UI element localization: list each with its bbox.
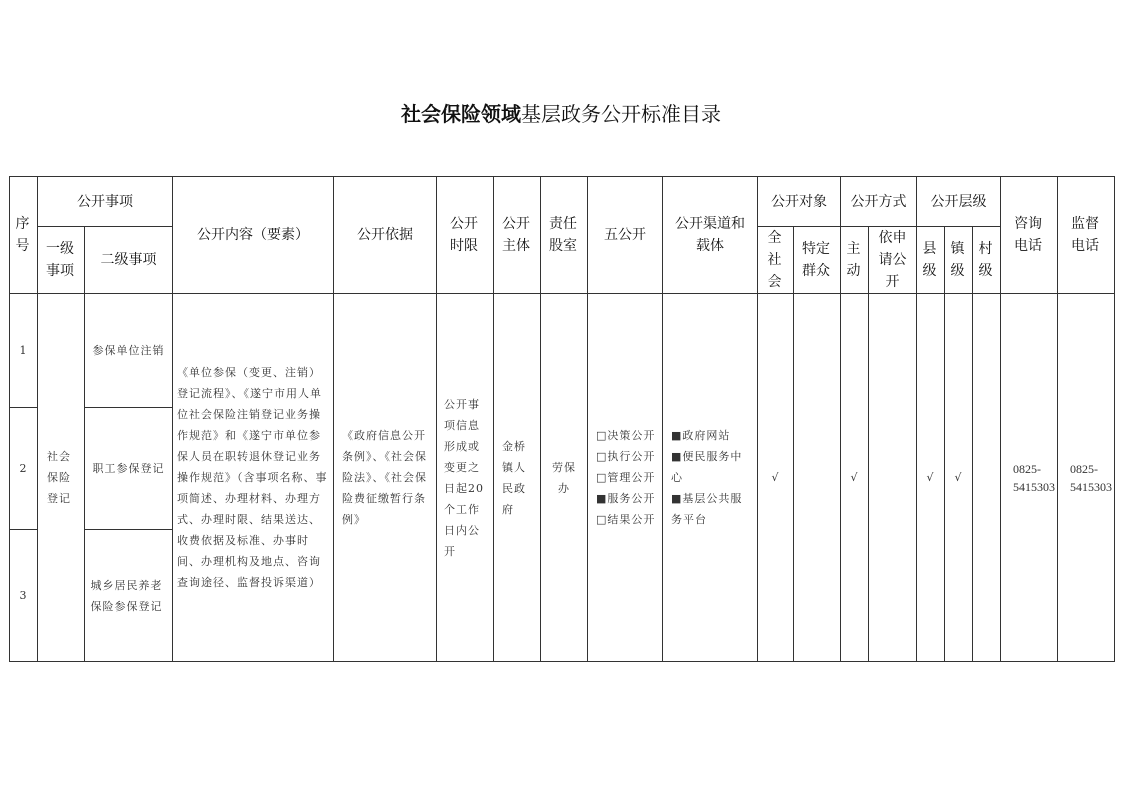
- standard-catalog-table: 序号 公开事项 公开内容（要素） 公开依据 公开时限 公开主体 责任股室 五公开…: [9, 176, 1115, 662]
- supervise-phone: 0825-5415303: [1058, 294, 1115, 662]
- checkbox-checked-icon: ■: [671, 429, 682, 442]
- target-specific-value: [794, 294, 841, 662]
- checkbox-checked-icon: ■: [596, 492, 607, 505]
- row-seq: 3: [10, 530, 38, 662]
- five-open-item: □决策公开: [596, 425, 658, 446]
- five-open-list: □决策公开 □执行公开 □管理公开 ■服务公开 □结果公开: [588, 294, 663, 662]
- department: 劳保办: [541, 294, 588, 662]
- level-village-value: [973, 294, 1001, 662]
- table-row: 1 社会保险登记 参保单位注销 《单位参保（变更、注销）登记流程》、《遂宁市用人…: [10, 294, 1115, 408]
- header-target-group: 公开对象: [758, 177, 841, 227]
- header-supervise-phone: 监督电话: [1058, 177, 1115, 294]
- header-level-group: 公开层级: [917, 177, 1001, 227]
- consult-phone: 0825-5415303: [1001, 294, 1058, 662]
- five-open-item: □结果公开: [596, 509, 658, 530]
- checkbox-unchecked-icon: □: [596, 450, 607, 463]
- checkbox-unchecked-icon: □: [596, 429, 607, 442]
- header-department: 责任股室: [541, 177, 588, 294]
- header-consult-phone: 咨询电话: [1001, 177, 1058, 294]
- channel-item: ■政府网站: [671, 425, 753, 446]
- header-level2: 二级事项: [85, 227, 173, 294]
- page-title: 社会保险领域基层政务公开标准目录: [0, 98, 1122, 127]
- basis: 《政府信息公开条例》、《社会保险法》、《社会保险费征缴暂行条例》: [334, 294, 437, 662]
- channel-item: ■便民服务中心: [671, 446, 753, 488]
- checkbox-checked-icon: ■: [671, 450, 682, 463]
- header-level-town: 镇级: [945, 227, 973, 294]
- header-method-active: 主动: [841, 227, 869, 294]
- header-method-group: 公开方式: [841, 177, 917, 227]
- checkbox-checked-icon: ■: [671, 492, 682, 505]
- five-open-item: □管理公开: [596, 467, 658, 488]
- header-method-apply: 依申请公开: [869, 227, 917, 294]
- checkbox-unchecked-icon: □: [596, 471, 607, 484]
- five-open-item: ■服务公开: [596, 488, 658, 509]
- header-target-all: 全社会: [758, 227, 794, 294]
- checkbox-unchecked-icon: □: [596, 513, 607, 526]
- time-limit: 公开事项信息形成或变更之日起20个工作日内公开: [437, 294, 494, 662]
- level1-item: 社会保险登记: [38, 294, 85, 662]
- five-open-item: □执行公开: [596, 446, 658, 467]
- header-items-group: 公开事项: [38, 177, 173, 227]
- method-apply-value: [869, 294, 917, 662]
- level2-item: 参保单位注销: [85, 294, 173, 408]
- header-basis: 公开依据: [334, 177, 437, 294]
- subject: 金桥镇人民政府: [494, 294, 541, 662]
- title-rest: 基层政务公开标准目录: [521, 102, 721, 126]
- header-subject: 公开主体: [494, 177, 541, 294]
- header-channel: 公开渠道和载体: [663, 177, 758, 294]
- level-town-check-icon: √: [945, 294, 973, 662]
- header-level-county: 县级: [917, 227, 945, 294]
- method-active-check-icon: √: [841, 294, 869, 662]
- level2-item: 城乡居民养老保险参保登记: [85, 530, 173, 662]
- level-county-check-icon: √: [917, 294, 945, 662]
- row-seq: 1: [10, 294, 38, 408]
- channel-item: ■基层公共服务平台: [671, 488, 753, 530]
- header-seq: 序号: [10, 177, 38, 294]
- title-bold: 社会保险领域: [401, 102, 521, 126]
- channel-list: ■政府网站 ■便民服务中心 ■基层公共服务平台: [663, 294, 758, 662]
- row-seq: 2: [10, 408, 38, 530]
- header-target-specific: 特定群众: [794, 227, 841, 294]
- header-level-village: 村级: [973, 227, 1001, 294]
- header-five-open: 五公开: [588, 177, 663, 294]
- target-all-check-icon: √: [758, 294, 794, 662]
- level2-item: 职工参保登记: [85, 408, 173, 530]
- content-elements: 《单位参保（变更、注销）登记流程》、《遂宁市用人单位社会保险注销登记业务操作规范…: [173, 294, 334, 662]
- header-level1: 一级事项: [38, 227, 85, 294]
- header-time-limit: 公开时限: [437, 177, 494, 294]
- header-content: 公开内容（要素）: [173, 177, 334, 294]
